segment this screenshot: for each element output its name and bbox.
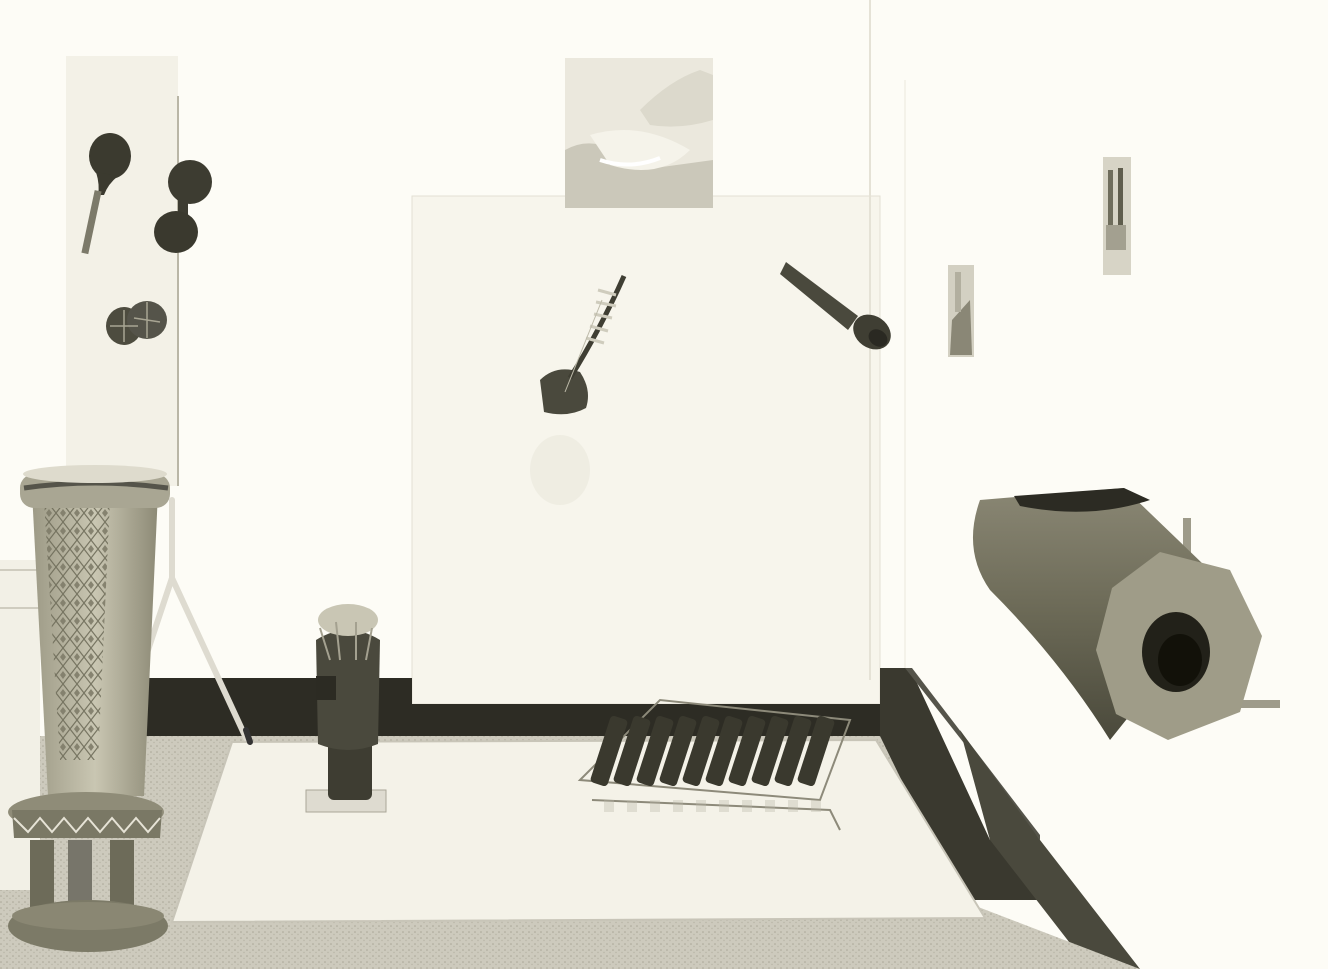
photo-hands: [565, 58, 713, 208]
photo-figures: [1103, 157, 1131, 275]
exhibition-photo: [0, 0, 1328, 969]
photo-small: [948, 265, 974, 357]
